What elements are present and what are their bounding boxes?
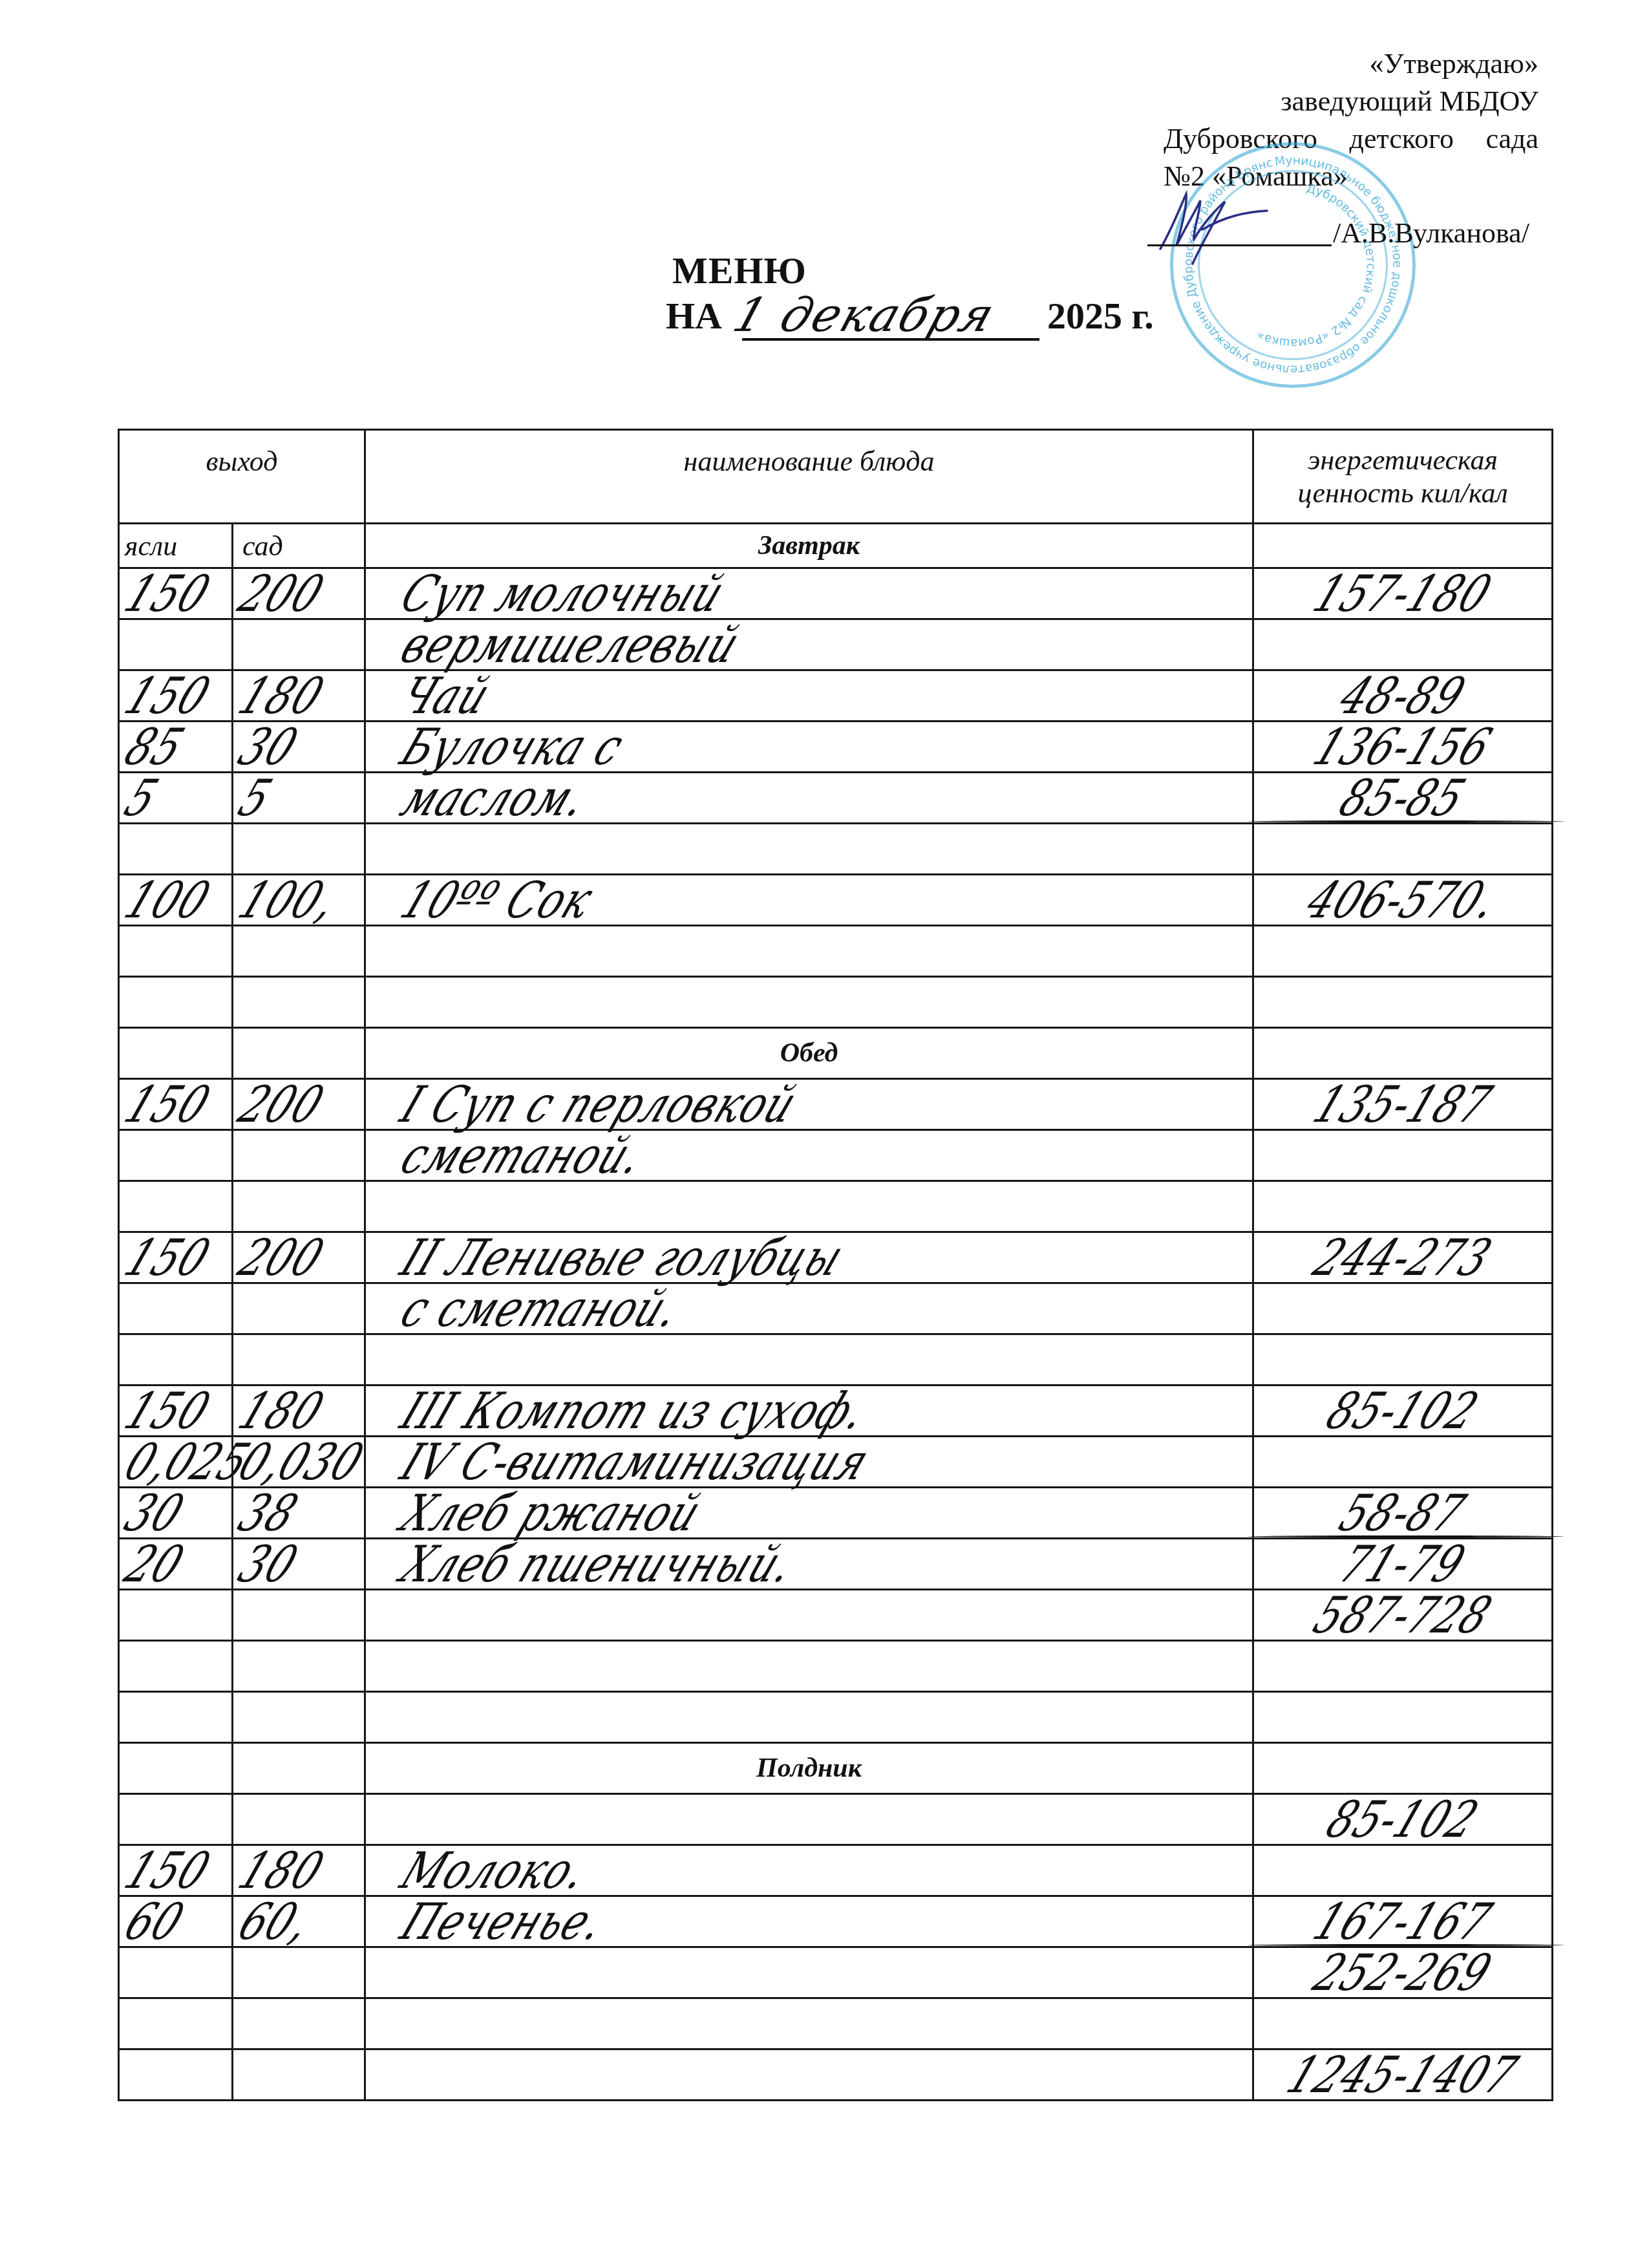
cell-nursery: 150	[119, 568, 233, 619]
cell-kcal: 85-102	[1253, 1794, 1553, 1845]
cell-kindergarten: 30	[233, 1539, 365, 1590]
cell-kcal	[1253, 1743, 1553, 1794]
cell-kcal-value: 406-570.	[1299, 870, 1507, 929]
table-row: 100100,10ºº Сок406-570.	[119, 875, 1553, 926]
cell-kcal-value: 85-85	[1332, 768, 1474, 827]
cell-kindergarten-value: 5	[231, 768, 281, 827]
cell-kindergarten	[233, 824, 365, 875]
cell-kindergarten-value: 38	[231, 1483, 307, 1542]
cell-nursery: 150	[119, 1232, 233, 1283]
table-row: с сметаной.	[119, 1283, 1553, 1334]
cell-kindergarten-value: 180	[231, 666, 333, 725]
cell-kcal	[1253, 977, 1553, 1028]
cell-dish-value: Хлеб пшеничный.	[393, 1534, 803, 1593]
cell-dish	[365, 1181, 1253, 1232]
table-row: 3038Хлеб ржаной58-87	[119, 1488, 1553, 1539]
cell-kcal-value: 167-167	[1305, 1892, 1500, 1951]
cell-kcal	[1253, 1692, 1553, 1743]
cell-dish-value: Суп молочный	[393, 564, 734, 623]
cell-nursery	[119, 977, 233, 1028]
cell-nursery	[119, 824, 233, 875]
cell-kcal: 58-87	[1253, 1488, 1553, 1539]
signature	[1147, 187, 1341, 265]
section-lunch: Обед	[365, 1028, 1253, 1079]
cell-kindergarten: 38	[233, 1488, 365, 1539]
cell-nursery	[119, 1947, 233, 1998]
cell-kcal	[1253, 1641, 1553, 1692]
cell-dish: Булочка с	[365, 722, 1253, 773]
cell-dish: 10ºº Сок	[365, 875, 1253, 926]
cell-dish	[365, 1590, 1253, 1641]
cell-nursery: 100	[119, 875, 233, 926]
cell-kindergarten	[233, 977, 365, 1028]
cell-kcal-value: 252-269	[1305, 1943, 1500, 2002]
table-row	[119, 1181, 1553, 1232]
cell-kcal	[1253, 619, 1553, 670]
signature-line	[1147, 244, 1332, 246]
cell-dish-value: Молоко.	[393, 1841, 597, 1899]
table-row: 85-102	[119, 1794, 1553, 1845]
cell-kcal-value: 48-89	[1332, 666, 1474, 725]
table-row: 150180Молоко.	[119, 1845, 1553, 1896]
cell-kcal-value: 157-180	[1305, 564, 1500, 623]
cell-nursery	[119, 1590, 233, 1641]
cell-kcal: 587-728	[1253, 1590, 1553, 1641]
table-row: 252-269	[119, 1947, 1553, 1998]
cell-kcal: 48-89	[1253, 670, 1553, 722]
table-row: 150180III Компот из сухоф.85-102	[119, 1385, 1553, 1437]
cell-kindergarten	[233, 1130, 365, 1181]
cell-nursery: 30	[119, 1488, 233, 1539]
cell-dish-value: IV С-витаминизация	[393, 1432, 878, 1491]
cell-kcal: 136-156	[1253, 722, 1553, 773]
cell-kindergarten: 200	[233, 568, 365, 619]
cell-kindergarten-value: 200	[231, 1228, 333, 1287]
cell-nursery-value: 30	[117, 1483, 193, 1542]
cell-kcal	[1253, 1130, 1553, 1181]
cell-kindergarten	[233, 1641, 365, 1692]
cell-nursery-value: 150	[117, 1841, 219, 1899]
table-row: 150200I Суп с перловкой135-187	[119, 1079, 1553, 1130]
cell-nursery-value: 100	[117, 870, 219, 929]
cell-dish-value: вермишелевый	[393, 615, 749, 674]
section-row-snack: Полдник	[119, 1743, 1553, 1794]
cell-dish-value: Чай	[393, 666, 500, 725]
date-year: 2025 г.	[1047, 294, 1154, 337]
cell-nursery	[119, 1692, 233, 1743]
menu-table: выход наименование блюда энергетическая …	[118, 429, 1553, 2101]
cell-nursery	[119, 2049, 233, 2101]
cell-kcal	[1253, 1028, 1553, 1079]
cell-nursery: 150	[119, 1385, 233, 1437]
table-row: 0,0250,030IV С-витаминизация	[119, 1437, 1553, 1488]
cell-kcal: 244-273	[1253, 1232, 1553, 1283]
cell-kindergarten-value: 0,030	[231, 1432, 372, 1491]
cell-dish-value: I Суп с перловкой	[393, 1075, 806, 1133]
header-kindergarten: сад	[233, 524, 365, 568]
cell-dish-value: с сметаной.	[393, 1279, 690, 1338]
table-row	[119, 1641, 1553, 1692]
cell-nursery: 150	[119, 1079, 233, 1130]
cell-dish: IV С-витаминизация	[365, 1437, 1253, 1488]
cell-nursery	[119, 1998, 233, 2049]
header-output: выход	[119, 430, 365, 524]
header-energy: энергетическая ценность кил/кал	[1253, 430, 1553, 524]
cell-kindergarten-value: 180	[231, 1841, 333, 1899]
cell-dish: Печенье.	[365, 1896, 1253, 1947]
cell-kindergarten: 60,	[233, 1896, 365, 1947]
section-snack: Полдник	[365, 1743, 1253, 1794]
header-dish-name: наименование блюда	[365, 430, 1253, 524]
date-prefix: НА	[666, 294, 722, 337]
cell-kcal	[1253, 1181, 1553, 1232]
cell-dish: Хлеб ржаной	[365, 1488, 1253, 1539]
cell-dish-value: II Ленивые голубцы	[393, 1228, 853, 1287]
cell-kindergarten: 5	[233, 773, 365, 824]
cell-kcal-value: 58-87	[1332, 1483, 1474, 1542]
table-row: 150200II Ленивые голубцы244-273	[119, 1232, 1553, 1283]
cell-kcal: 406-570.	[1253, 875, 1553, 926]
cell-kcal	[1253, 1998, 1553, 2049]
cell-dish-value: сметаной.	[393, 1126, 653, 1184]
cell-nursery	[119, 1641, 233, 1692]
table-row: 8530Булочка с136-156	[119, 722, 1553, 773]
cell-nursery: 0,025	[119, 1437, 233, 1488]
cell-dish: с сметаной.	[365, 1283, 1253, 1334]
cell-kindergarten	[233, 2049, 365, 2101]
signer-name: /А.В.Вулканова/	[1333, 217, 1529, 250]
svg-text:Муниципальное бюджетное дошкол: Муниципальное бюджетное дошкольное образ…	[1173, 145, 1412, 385]
table-row	[119, 824, 1553, 875]
cell-nursery-value: 150	[117, 1228, 219, 1287]
cell-dish: маслом.	[365, 773, 1253, 824]
cell-nursery	[119, 1283, 233, 1334]
cell-nursery: 85	[119, 722, 233, 773]
table-row: 1245-1407	[119, 2049, 1553, 2101]
cell-kindergarten-value: 100,	[231, 870, 346, 929]
cell-dish	[365, 926, 1253, 977]
cell-kcal	[1253, 1334, 1553, 1385]
cell-nursery	[119, 1334, 233, 1385]
cell-kindergarten: 0,030	[233, 1437, 365, 1488]
cell-dish-value: 10ºº Сок	[393, 870, 602, 929]
cell-nursery-value: 85	[117, 717, 193, 776]
approval-position: заведующий МБДОУ	[1164, 83, 1538, 120]
cell-dish: Молоко.	[365, 1845, 1253, 1896]
cell-dish: III Компот из сухоф.	[365, 1385, 1253, 1437]
cell-nursery: 150	[119, 1845, 233, 1896]
cell-dish: вермишелевый	[365, 619, 1253, 670]
cell-dish	[365, 1641, 1253, 1692]
cell-nursery: 20	[119, 1539, 233, 1590]
total-underline	[1248, 1535, 1564, 1537]
cell-kindergarten: 100,	[233, 875, 365, 926]
cell-dish: Чай	[365, 670, 1253, 722]
cell-nursery-value: 150	[117, 1075, 219, 1133]
cell-dish	[365, 1794, 1253, 1845]
section-row-lunch: Обед	[119, 1028, 1553, 1079]
cell-kindergarten	[233, 1283, 365, 1334]
cell-kcal: 85-85	[1253, 773, 1553, 824]
cell-kcal-value: 85-102	[1318, 1790, 1487, 1848]
total-underline	[1248, 1944, 1564, 1946]
cell-kindergarten	[233, 1334, 365, 1385]
cell-kcal-value: 71-79	[1332, 1534, 1474, 1593]
cell-kindergarten: 180	[233, 1385, 365, 1437]
cell-kindergarten	[233, 1743, 365, 1794]
table-row: 55маслом.85-85	[119, 773, 1553, 824]
cell-kindergarten-value: 200	[231, 564, 333, 623]
stamp-ring-text: Муниципальное бюджетное дошкольное образ…	[1173, 145, 1412, 385]
official-stamp: Муниципальное бюджетное дошкольное образ…	[1170, 142, 1416, 388]
cell-kindergarten-value: 30	[231, 717, 307, 776]
cell-kindergarten	[233, 1181, 365, 1232]
cell-kindergarten: 200	[233, 1232, 365, 1283]
cell-kcal-value: 244-273	[1305, 1228, 1500, 1287]
table-row	[119, 1998, 1553, 2049]
cell-nursery	[119, 1181, 233, 1232]
cell-nursery-value: 5	[117, 768, 167, 827]
cell-kindergarten: 180	[233, 1845, 365, 1896]
cell-dish-value: Булочка с	[393, 717, 633, 776]
cell-nursery-value: 60	[117, 1892, 193, 1951]
cell-nursery	[119, 1028, 233, 1079]
table-row	[119, 1334, 1553, 1385]
cell-dish-value: Хлеб ржаной	[393, 1483, 710, 1542]
cell-kindergarten	[233, 1794, 365, 1845]
page-title: МЕНЮ	[672, 249, 807, 292]
cell-kcal-value: 85-102	[1318, 1381, 1487, 1440]
cell-dish: I Суп с перловкой	[365, 1079, 1253, 1130]
cell-kindergarten: 30	[233, 722, 365, 773]
cell-dish	[365, 1998, 1253, 2049]
cell-kcal: 71-79	[1253, 1539, 1553, 1590]
cell-kcal: 252-269	[1253, 1947, 1553, 1998]
cell-kcal	[1253, 1437, 1553, 1488]
cell-kindergarten	[233, 1028, 365, 1079]
cell-kcal: 1245-1407	[1253, 2049, 1553, 2101]
cell-kindergarten-value: 200	[231, 1075, 333, 1133]
cell-nursery	[119, 1794, 233, 1845]
table-row: 150200Суп молочный157-180	[119, 568, 1553, 619]
cell-dish: II Ленивые голубцы	[365, 1232, 1253, 1283]
cell-dish	[365, 977, 1253, 1028]
cell-nursery-value: 150	[117, 666, 219, 725]
cell-kindergarten	[233, 926, 365, 977]
cell-dish: сметаной.	[365, 1130, 1253, 1181]
cell-kindergarten-value: 30	[231, 1534, 307, 1593]
header-energy-empty	[1253, 524, 1553, 568]
cell-dish	[365, 1692, 1253, 1743]
table-row: 2030Хлеб пшеничный.71-79	[119, 1539, 1553, 1590]
cell-kindergarten: 200	[233, 1079, 365, 1130]
cell-nursery-value: 150	[117, 564, 219, 623]
cell-nursery-value: 20	[117, 1534, 193, 1593]
table-row	[119, 977, 1553, 1028]
cell-kindergarten: 180	[233, 670, 365, 722]
cell-kcal-value: 587-728	[1305, 1585, 1500, 1644]
subheader-row: ясли сад Завтрак	[119, 524, 1553, 568]
cell-kcal: 157-180	[1253, 568, 1553, 619]
cell-kcal: 167-167	[1253, 1896, 1553, 1947]
cell-nursery: 5	[119, 773, 233, 824]
cell-nursery	[119, 1743, 233, 1794]
cell-kcal-value: 1245-1407	[1279, 2045, 1526, 2104]
cell-kcal	[1253, 1283, 1553, 1334]
cell-kcal: 85-102	[1253, 1385, 1553, 1437]
cell-nursery	[119, 1130, 233, 1181]
cell-kcal	[1253, 926, 1553, 977]
cell-nursery: 60	[119, 1896, 233, 1947]
table-row: 587-728	[119, 1590, 1553, 1641]
cell-dish	[365, 1334, 1253, 1385]
cell-dish	[365, 1947, 1253, 1998]
date-underline	[742, 338, 1039, 341]
table-row: вермишелевый	[119, 619, 1553, 670]
cell-kcal-value: 135-187	[1305, 1075, 1500, 1133]
cell-kcal	[1253, 824, 1553, 875]
cell-dish	[365, 824, 1253, 875]
table-row	[119, 926, 1553, 977]
table-row: сметаной.	[119, 1130, 1553, 1181]
cell-nursery	[119, 619, 233, 670]
header-row: выход наименование блюда энергетическая …	[119, 430, 1553, 524]
date-handwritten: 1 декабря	[727, 288, 1054, 342]
cell-dish-value: Печенье.	[393, 1892, 614, 1951]
cell-nursery	[119, 926, 233, 977]
cell-kcal: 135-187	[1253, 1079, 1553, 1130]
approval-title: «Утверждаю»	[1164, 45, 1538, 83]
cell-kindergarten-value: 180	[231, 1381, 333, 1440]
cell-dish: Хлеб пшеничный.	[365, 1539, 1253, 1590]
cell-kindergarten	[233, 1998, 365, 2049]
cell-kindergarten	[233, 1590, 365, 1641]
section-breakfast: Завтрак	[365, 524, 1253, 568]
cell-dish: Суп молочный	[365, 568, 1253, 619]
cell-kindergarten	[233, 619, 365, 670]
header-nursery: ясли	[119, 524, 233, 568]
cell-nursery: 150	[119, 670, 233, 722]
table-row	[119, 1692, 1553, 1743]
cell-kindergarten	[233, 1692, 365, 1743]
cell-kcal-value: 136-156	[1305, 717, 1500, 776]
cell-kindergarten-value: 60,	[231, 1892, 320, 1951]
cell-dish-value: III Компот из сухоф.	[393, 1381, 876, 1440]
table-row: 6060,Печенье.167-167	[119, 1896, 1553, 1947]
cell-kcal	[1253, 1845, 1553, 1896]
cell-dish	[365, 2049, 1253, 2101]
total-underline	[1248, 820, 1564, 822]
cell-dish-value: маслом.	[393, 768, 597, 827]
table-row: 150180Чай48-89	[119, 670, 1553, 722]
cell-nursery-value: 150	[117, 1381, 219, 1440]
cell-kindergarten	[233, 1947, 365, 1998]
